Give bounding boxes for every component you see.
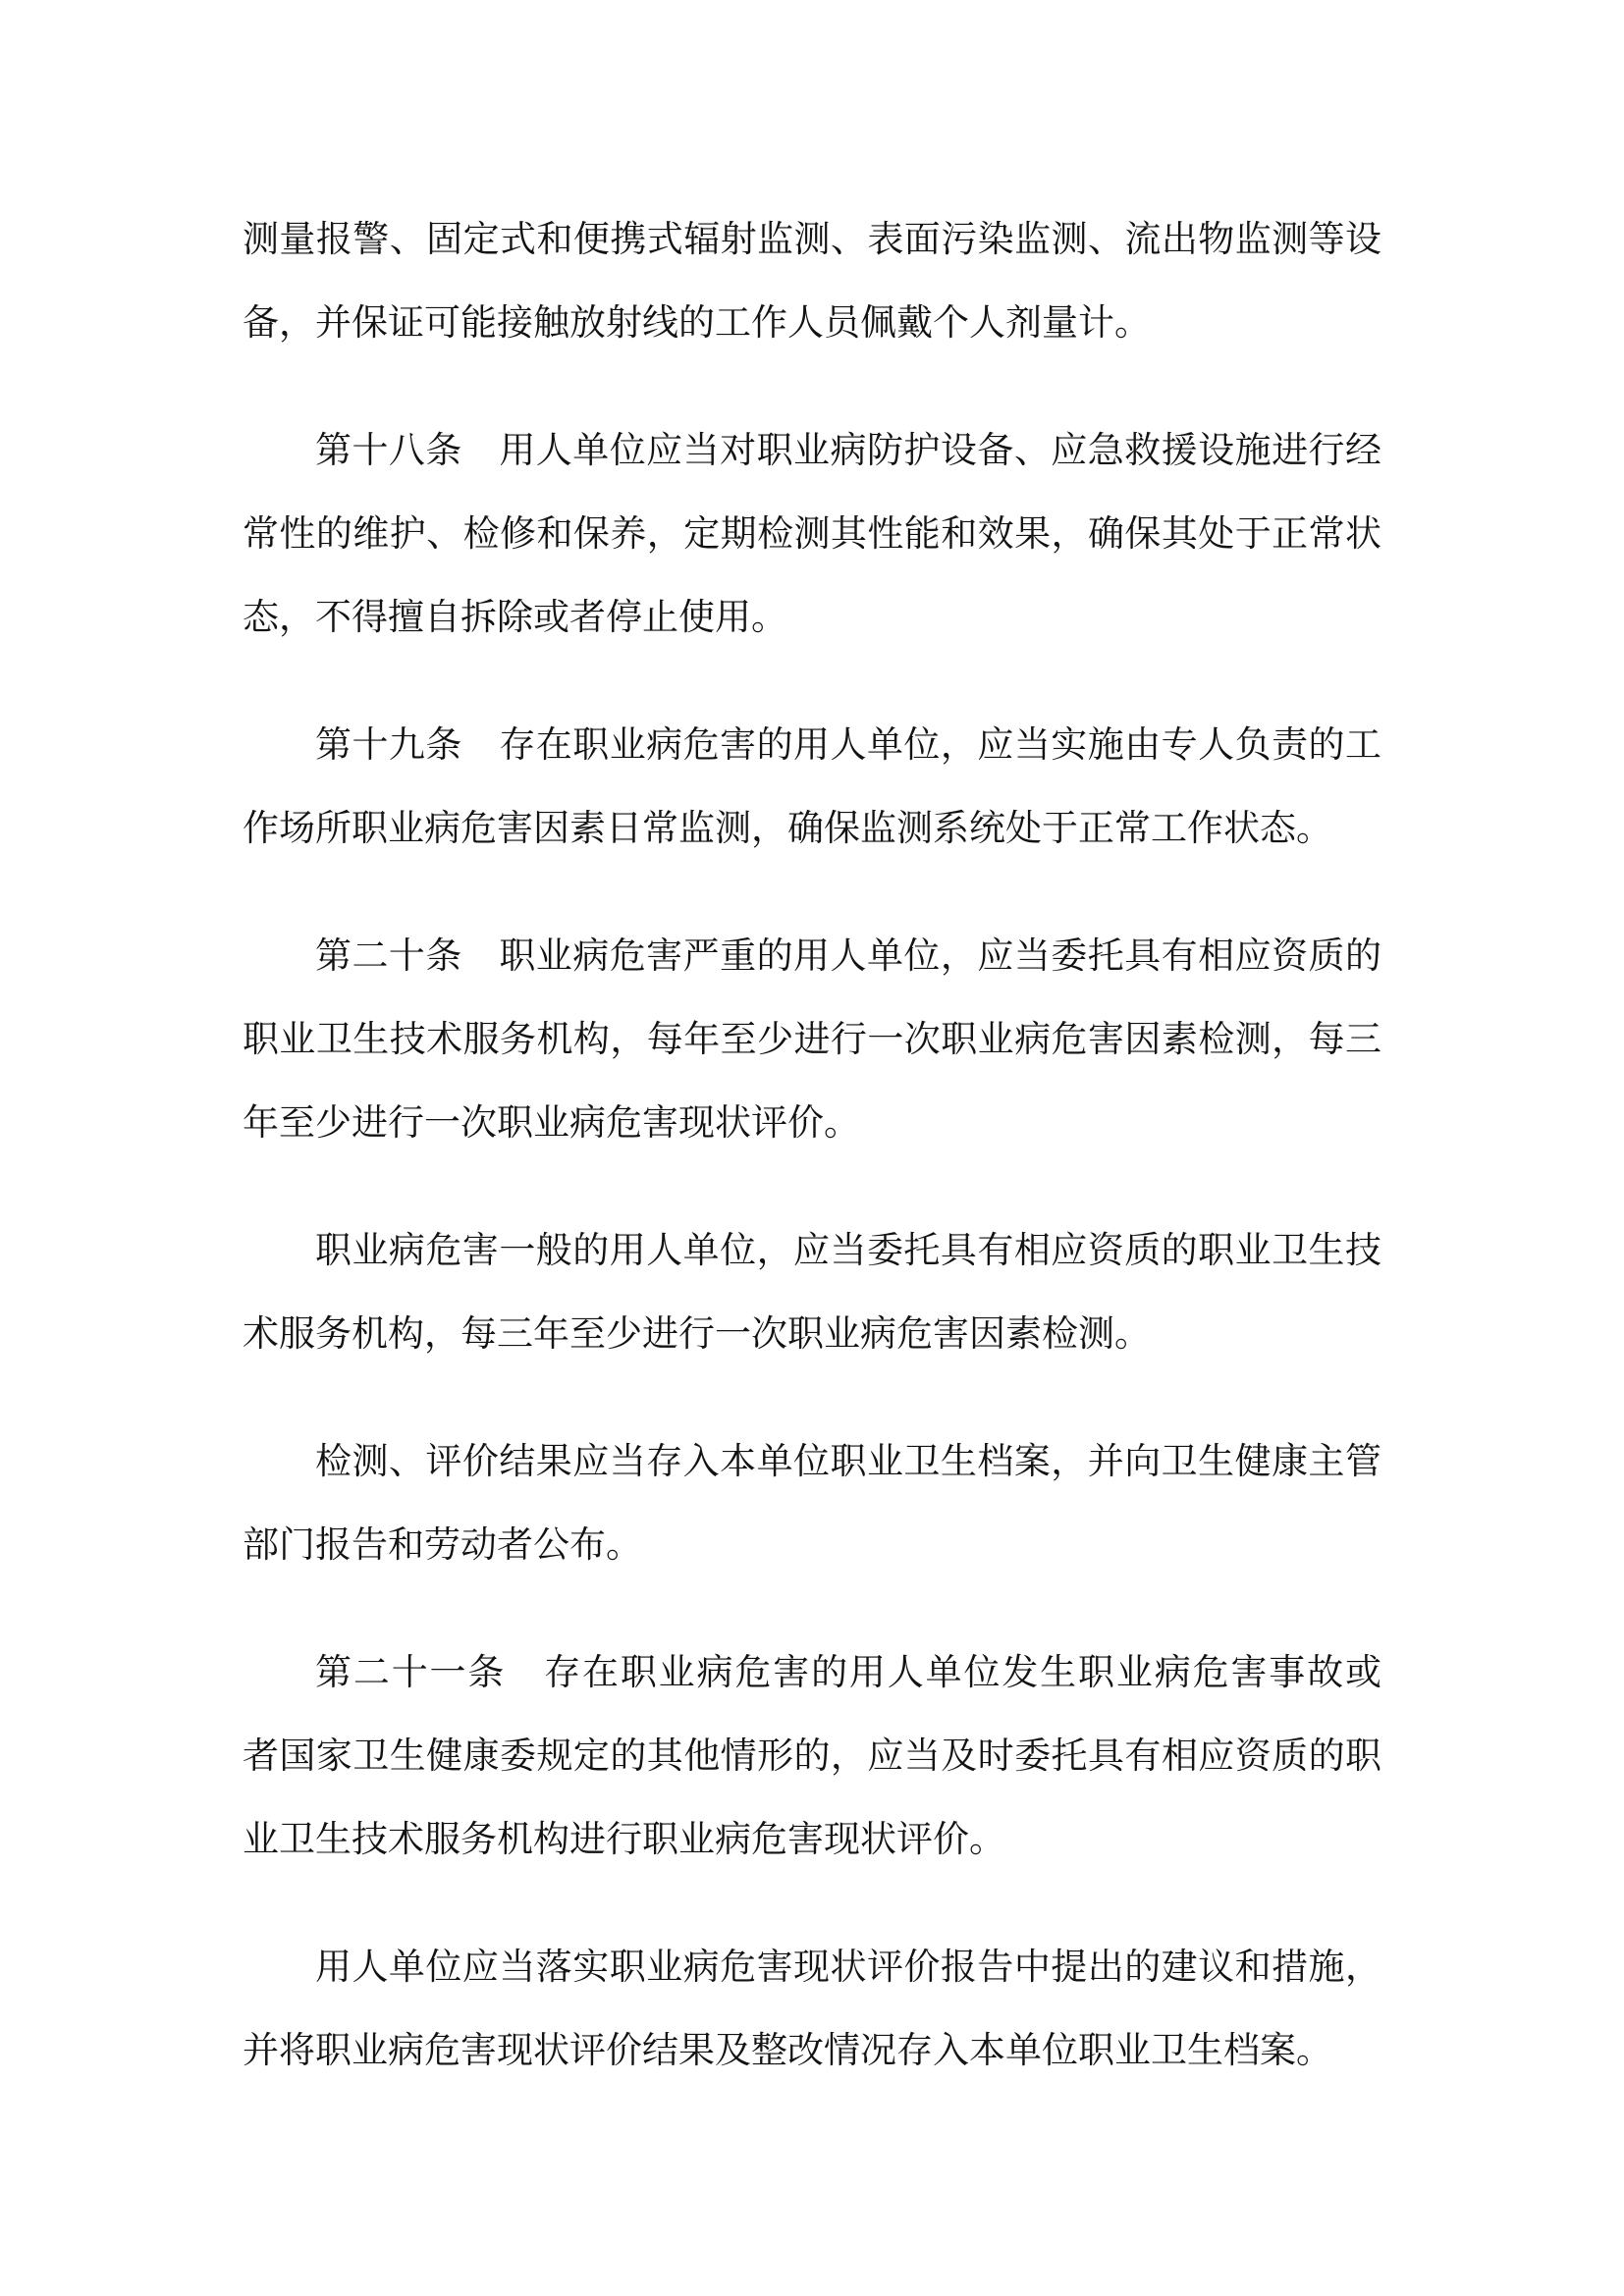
text-line: 术服务机构，每三年至少进行一次职业病危害因素检测。 bbox=[243, 1293, 1381, 1376]
text-line: 态，不得擅自拆除或者停止使用。 bbox=[243, 576, 1381, 660]
text-line: 检测、评价结果应当存入本单位职业卫生档案，并向卫生健康主管 bbox=[243, 1420, 1381, 1504]
text-line: 第二十一条 存在职业病危害的用人单位发生职业病危害事故或 bbox=[243, 1631, 1381, 1715]
document-screenshot: { "page": { "background_color": "#ffffff… bbox=[0, 0, 1624, 2296]
text-line: 测量报警、固定式和便携式辐射监测、表面污染监测、流出物监测等设 bbox=[243, 198, 1381, 282]
paragraph: 第二十条 职业病危害严重的用人单位，应当委托具有相应资质的职业卫生技术服务机构，… bbox=[243, 915, 1381, 1165]
text-line: 部门报告和劳动者公布。 bbox=[243, 1504, 1381, 1587]
text-line: 职业病危害一般的用人单位，应当委托具有相应资质的职业卫生技 bbox=[243, 1209, 1381, 1293]
paragraph: 检测、评价结果应当存入本单位职业卫生档案，并向卫生健康主管部门报告和劳动者公布。 bbox=[243, 1420, 1381, 1587]
text-line: 第二十条 职业病危害严重的用人单位，应当委托具有相应资质的 bbox=[243, 915, 1381, 998]
paragraph: 第二十一条 存在职业病危害的用人单位发生职业病危害事故或者国家卫生健康委规定的其… bbox=[243, 1631, 1381, 1882]
document-page: 测量报警、固定式和便携式辐射监测、表面污染监测、流出物监测等设备，并保证可能接触… bbox=[0, 0, 1624, 2296]
text-line: 职业卫生技术服务机构，每年至少进行一次职业病危害因素检测，每三 bbox=[243, 998, 1381, 1082]
paragraph: 第十八条 用人单位应当对职业病防护设备、应急救援设施进行经常性的维护、检修和保养… bbox=[243, 409, 1381, 660]
paragraph: 测量报警、固定式和便携式辐射监测、表面污染监测、流出物监测等设备，并保证可能接触… bbox=[243, 198, 1381, 365]
paragraph: 职业病危害一般的用人单位，应当委托具有相应资质的职业卫生技术服务机构，每三年至少… bbox=[243, 1209, 1381, 1376]
paragraph: 第十九条 存在职业病危害的用人单位，应当实施由专人负责的工作场所职业病危害因素日… bbox=[243, 704, 1381, 871]
text-block: 测量报警、固定式和便携式辐射监测、表面污染监测、流出物监测等设备，并保证可能接触… bbox=[243, 0, 1381, 2137]
text-line: 第十九条 存在职业病危害的用人单位，应当实施由专人负责的工 bbox=[243, 704, 1381, 787]
text-line: 第十八条 用人单位应当对职业病防护设备、应急救援设施进行经 bbox=[243, 409, 1381, 493]
text-line: 者国家卫生健康委规定的其他情形的，应当及时委托具有相应资质的职 bbox=[243, 1715, 1381, 1798]
text-line: 业卫生技术服务机构进行职业病危害现状评价。 bbox=[243, 1798, 1381, 1882]
text-line: 用人单位应当落实职业病危害现状评价报告中提出的建议和措施， bbox=[243, 1926, 1381, 2009]
paragraph: 用人单位应当落实职业病危害现状评价报告中提出的建议和措施，并将职业病危害现状评价… bbox=[243, 1926, 1381, 2093]
text-line: 备，并保证可能接触放射线的工作人员佩戴个人剂量计。 bbox=[243, 282, 1381, 365]
text-line: 作场所职业病危害因素日常监测，确保监测系统处于正常工作状态。 bbox=[243, 787, 1381, 871]
text-line: 并将职业病危害现状评价结果及整改情况存入本单位职业卫生档案。 bbox=[243, 2009, 1381, 2093]
text-line: 年至少进行一次职业病危害现状评价。 bbox=[243, 1082, 1381, 1165]
text-line: 常性的维护、检修和保养，定期检测其性能和效果，确保其处于正常状 bbox=[243, 493, 1381, 576]
